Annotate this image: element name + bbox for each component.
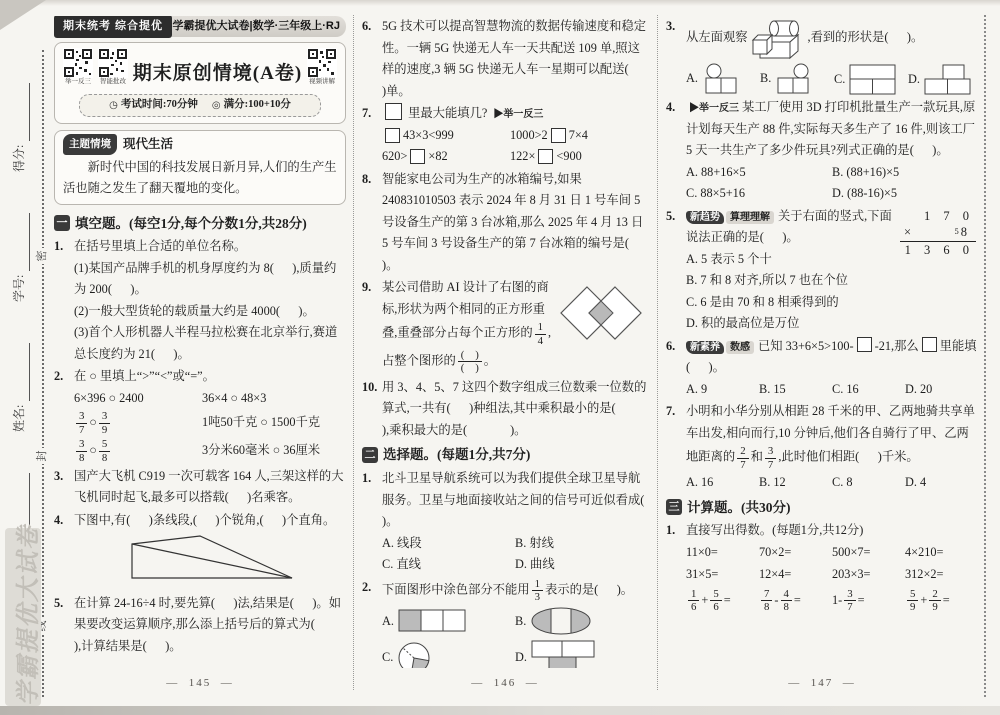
- fill-question-3: 3. 国产大飞机 C919 一次可载客 164 人,三架这样的大飞机同时起飞,最…: [54, 466, 346, 509]
- fraction-compare: 38 ○ 58: [74, 437, 202, 465]
- fraction-expression: 78-48=: [759, 587, 832, 615]
- choice-question-6: 6. 新素养数感已知 33+6×5>100--21,那么里能填( )。 A. 9…: [666, 336, 978, 401]
- score-icon: ◎: [212, 97, 221, 115]
- exam-score: 满分:100+10分: [224, 96, 291, 114]
- column-separator-1: [353, 15, 354, 690]
- blank-box: [385, 103, 402, 120]
- option-a: A. 9: [686, 379, 759, 401]
- blank-box: [410, 149, 425, 164]
- fill-question-6: 6. 5G 技术可以提高智慧物流的数据传输速度和稳定性。一辆 5G 快递无人车一…: [362, 16, 648, 102]
- theme-topic: 现代生活: [123, 134, 173, 156]
- qr-group-left: 举一反三 智能批改: [62, 48, 129, 86]
- page-number-147: — 147 —: [666, 674, 978, 693]
- option-c: C. 直线: [382, 554, 515, 576]
- page-number-145: — 145 —: [54, 674, 346, 693]
- name-blank: [17, 343, 30, 401]
- fraction-expression: 1-37=: [832, 587, 905, 615]
- exam-info-pill: ◷考试时间:70分钟 ◎满分:100+10分: [79, 94, 321, 116]
- blank-box: [385, 128, 400, 143]
- fraction-compare: 37 ○ 39: [74, 409, 202, 437]
- student-no-field: 学号:: [14, 178, 30, 302]
- option-a: A. 16: [686, 472, 759, 494]
- section-1-badge: 一: [54, 215, 70, 231]
- page-number-146: — 146 —: [362, 674, 648, 693]
- page-corner-fold: [0, 0, 46, 30]
- qr-group-right: 视频讲解: [306, 48, 338, 86]
- literacy-sub-badge: 数感: [726, 341, 754, 354]
- watermark: 学霸提优大试卷: [8, 516, 50, 706]
- blank-box: [551, 128, 566, 143]
- section-3-header: 三 计算题。(共30分): [666, 496, 978, 520]
- choice-question-4: 4. ▶举一反三某工厂使用 3D 打印机批量生产一款玩具,原计划每天生产 88 …: [666, 97, 978, 205]
- choice-question-5: 5. 1 7 0 ×58 1 3 6 0 新趋势算理理解关于右面的竖式,下面说法…: [666, 206, 978, 335]
- option-b: B. 12: [759, 472, 832, 494]
- option-c: C. 16: [832, 379, 905, 401]
- tag-analogy: ▶举一反三: [493, 109, 543, 120]
- qr-code-icon: [307, 48, 337, 78]
- paper-title: 期末原创情境(A卷): [129, 48, 306, 90]
- column-3: 3. 从左面观察,看到的形状是( )。 A. B. C. D: [666, 16, 978, 668]
- option-b-shape: B.: [515, 606, 648, 636]
- choice-question-2: 2. 下面图形中涂色部分不能用13表示的是( )。 A. B. C.: [362, 577, 648, 668]
- option-a-shape: A.: [686, 62, 756, 96]
- student-no-label: 学号:: [9, 275, 30, 302]
- score-field: 得分:: [14, 48, 30, 172]
- option-a: A. 88+16×5: [686, 162, 832, 184]
- option-d: D. 积的最高位是万位: [686, 313, 978, 335]
- qr-caption: 视频讲解: [309, 78, 335, 86]
- qr-code-icon: [63, 48, 93, 78]
- qr-code-icon: [98, 48, 128, 78]
- fill-question-2: 2. 在 ○ 里填上“>”“<”或“=”。 6×396 ○ 2400 36×4 …: [54, 366, 346, 465]
- name-label: 姓名:: [9, 405, 30, 432]
- scan-edge-top: [0, 0, 1000, 6]
- option-a-shape: A.: [382, 606, 515, 636]
- option-c-shape: C.: [834, 64, 904, 96]
- choice-question-3: 3. 从左面观察,看到的形状是( )。 A. B. C. D: [666, 16, 978, 96]
- calc-question-1: 1. 直接写出得数。(每题1分,共12分) 11×0= 70×2= 500×7=…: [666, 520, 978, 614]
- scan-edge-bottom: [0, 706, 1000, 715]
- option-d: D. 20: [905, 379, 978, 401]
- tag-analogy: ▶举一反三: [689, 103, 739, 114]
- solid-object-figure: [750, 16, 806, 60]
- column-1: 期末统考 综合提优 学霸提优大试卷|数学·三年级上·RJ 举一反三 智能批改 期…: [54, 16, 346, 668]
- option-b: B. 7 和 8 对齐,所以 7 也在个位: [686, 270, 978, 292]
- literacy-badge: 新素养: [686, 341, 724, 354]
- option-d: D. 曲线: [515, 554, 648, 576]
- option-a: A. 线段: [382, 533, 515, 555]
- sub-question: (2)一般大型货轮的载质量大约是 4000( )。: [74, 301, 346, 323]
- fraction-expression: 59+29=: [905, 587, 978, 615]
- theme-badge: 主题情境: [63, 134, 117, 154]
- sub-question: (1)某国产品牌手机的机身厚度约为 8( ),质量约为 200( )。: [74, 258, 346, 301]
- option-d-shape: D.: [515, 640, 648, 668]
- fill-question-7: 7. 里最大能填几? ▶举一反三 43×3<999 1000>27×4 620>…: [362, 103, 648, 168]
- fill-question-10: 10. 用 3、4、5、7 这四个数字组成三位数乘一位数的算式,一共有( )种组…: [362, 377, 648, 442]
- fill-question-9: 9. 某公司借助 AI 设计了右图的商标,形状为两个相同的正方形重叠,重叠部分占…: [362, 277, 648, 376]
- triangle-figure: [120, 533, 300, 583]
- blank-box: [857, 337, 872, 352]
- option-c: C. 6 是由 70 和 8 相乘得到的: [686, 292, 978, 314]
- exam-time: 考试时间:70分钟: [121, 96, 198, 114]
- title-box: 举一反三 智能批改 期末原创情境(A卷) 视频讲解 ◷考试时间:70分钟 ◎满分…: [54, 42, 346, 124]
- trend-sub-badge: 算理理解: [726, 211, 774, 224]
- overlapping-squares-logo: [558, 279, 648, 349]
- option-c: C. 88×5+16: [686, 183, 832, 205]
- option-d: D. (88-16)×5: [832, 183, 978, 205]
- fill-question-4: 4. 下图中,有( )条线段,( )个锐角,( )个直角。: [54, 510, 346, 591]
- section-1-header: 一 填空题。(每空1分,每个分数1分,共28分): [54, 212, 346, 236]
- clock-icon: ◷: [109, 97, 118, 115]
- blank-box: [538, 149, 553, 164]
- answer-fraction: ( )( ): [458, 349, 482, 375]
- option-b: B. 15: [759, 379, 832, 401]
- option-b-shape: B.: [760, 62, 830, 96]
- choice-question-1: 1. 北斗卫星导航系统可以为我们提供全球卫星导航服务。卫星与地面接收站之间的信号…: [362, 468, 648, 576]
- option-d-shape: D.: [908, 64, 978, 96]
- option-b: B. 射线: [515, 533, 648, 555]
- series-title: 学霸提优大试卷|数学·三年级上·RJ: [172, 17, 340, 36]
- fill-question-8: 8. 智能家电公司为生产的冰箱编号,如果 240831010503 表示 202…: [362, 169, 648, 277]
- seal-char-mi: 密: [34, 248, 50, 264]
- header-banner: 期末统考 综合提优 学霸提优大试卷|数学·三年级上·RJ: [54, 16, 346, 37]
- qr-caption: 举一反三: [65, 78, 91, 86]
- choice-question-7: 7. 小明和小华分别从相距 28 千米的甲、乙两地骑共享单车出发,相向而行,10…: [666, 401, 978, 493]
- theme-text: 新时代中国的科技发展日新月异,人们的生产生活也随之发生了翻天覆地的变化。: [63, 157, 337, 200]
- section-3-badge: 三: [666, 499, 682, 515]
- score-blank: [17, 83, 30, 141]
- qr-caption: 智能批改: [100, 78, 126, 86]
- column-2: 6. 5G 技术可以提高智慧物流的数据传输速度和稳定性。一辆 5G 快递无人车一…: [362, 16, 648, 668]
- blank-box: [922, 337, 937, 352]
- vertical-multiplication: 1 7 0 ×58 1 3 6 0: [900, 208, 976, 260]
- section-2-header: 二 选择题。(每题1分,共7分): [362, 443, 648, 467]
- exam-scan-page: 得分: 学号: 姓名: 班级: 密 封 线 学霸提优大试卷 期末统考 综合提优 …: [0, 0, 1000, 715]
- option-c-shape: C.: [382, 640, 515, 668]
- fraction-expression: 16+56=: [686, 587, 759, 615]
- student-no-blank: [17, 213, 30, 271]
- column-separator-2: [657, 15, 658, 690]
- score-label: 得分:: [9, 145, 30, 172]
- sub-question: (3)首个人形机器人半程马拉松赛在北京举行,赛道总长度约为 21( )。: [74, 322, 346, 365]
- seal-char-feng: 封: [34, 448, 50, 464]
- section-2-badge: 二: [362, 447, 378, 463]
- option-b: B. (88+16)×5: [832, 162, 978, 184]
- page-edge-dotted-line: [984, 15, 986, 697]
- fill-question-5: 5. 在计算 24-16÷4 时,要先算( )法,结果是( )。如果要改变运算顺…: [54, 593, 346, 658]
- exam-type-badge: 期末统考 综合提优: [54, 16, 172, 38]
- theme-box: 主题情境 现代生活 新时代中国的科技发展日新月异,人们的生产生活也随之发生了翻天…: [54, 130, 346, 205]
- name-field: 姓名:: [14, 308, 30, 432]
- option-c: C. 8: [832, 472, 905, 494]
- fill-question-1: 1. 在括号里填上合适的单位名称。 (1)某国产品牌手机的机身厚度约为 8( )…: [54, 236, 346, 365]
- option-d: D. 4: [905, 472, 978, 494]
- trend-badge: 新趋势: [686, 211, 724, 224]
